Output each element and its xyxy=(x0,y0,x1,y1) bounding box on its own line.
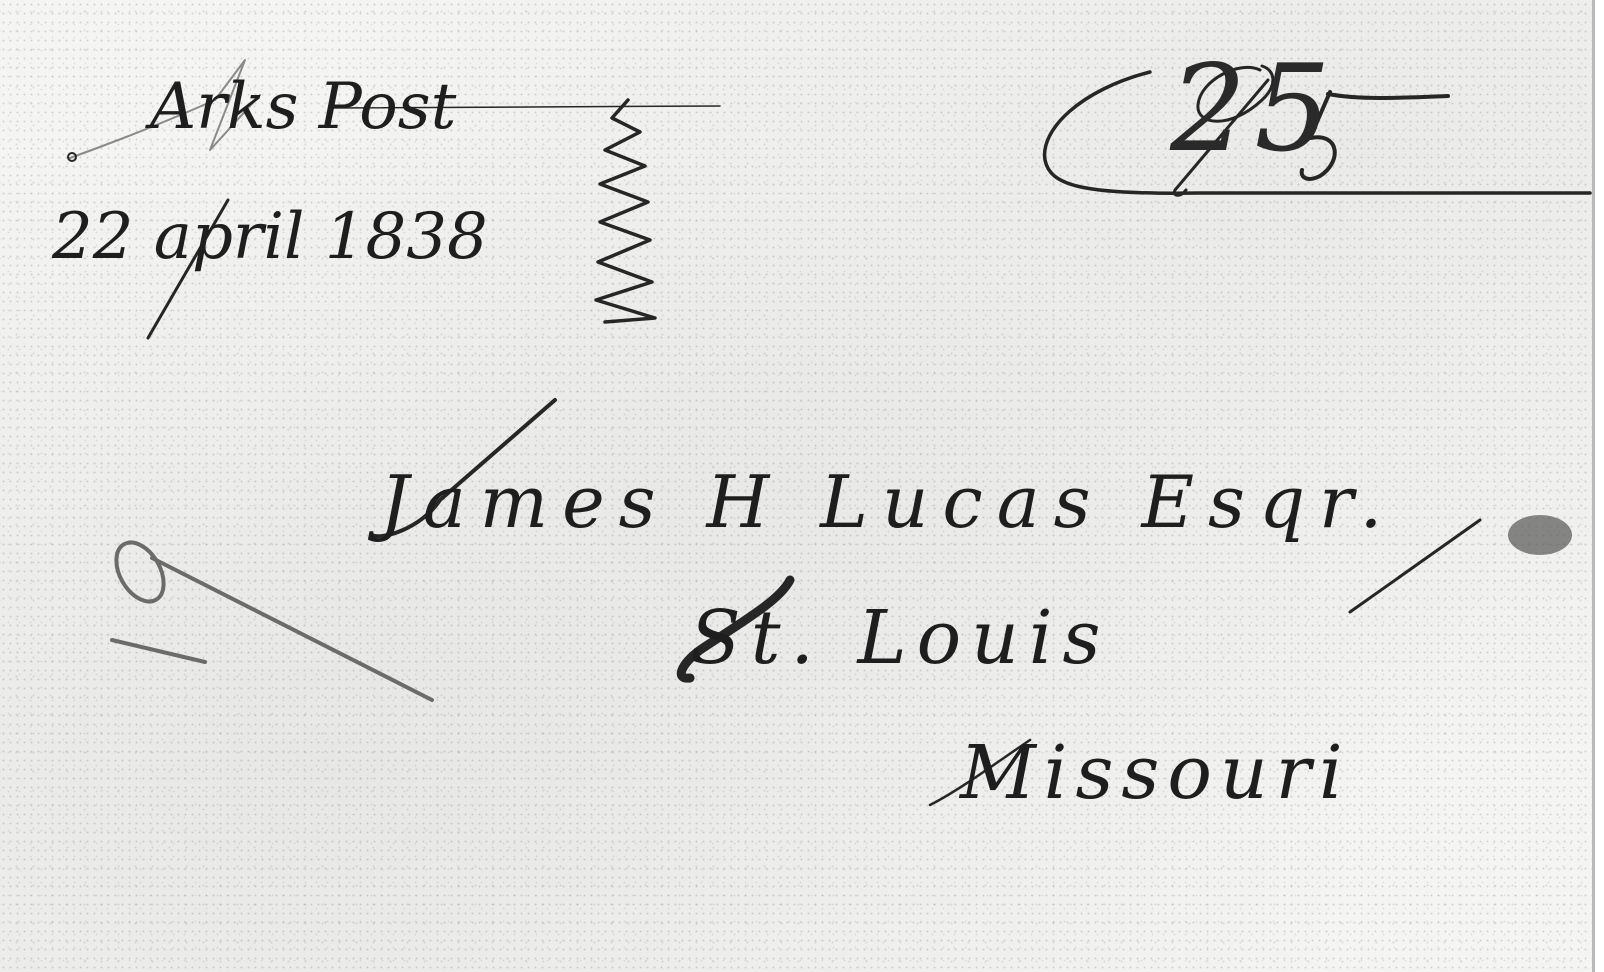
pencil-notation-strokes xyxy=(107,534,432,700)
addressee-name: James H Lucas Esqr. xyxy=(380,460,1396,544)
postmark-zigzag xyxy=(596,100,655,322)
address-city: St. Louis xyxy=(690,595,1110,681)
rate-marking: 25 xyxy=(1170,40,1339,179)
address-state: Missouri xyxy=(960,730,1351,816)
postmark-town: Arks Post xyxy=(150,70,456,144)
ink-smudge xyxy=(1508,515,1572,555)
envelope-cover: Arks Post 22 april 1838 25 James H Lucas… xyxy=(0,0,1595,972)
postmark-date: 22 april 1838 xyxy=(52,200,488,274)
